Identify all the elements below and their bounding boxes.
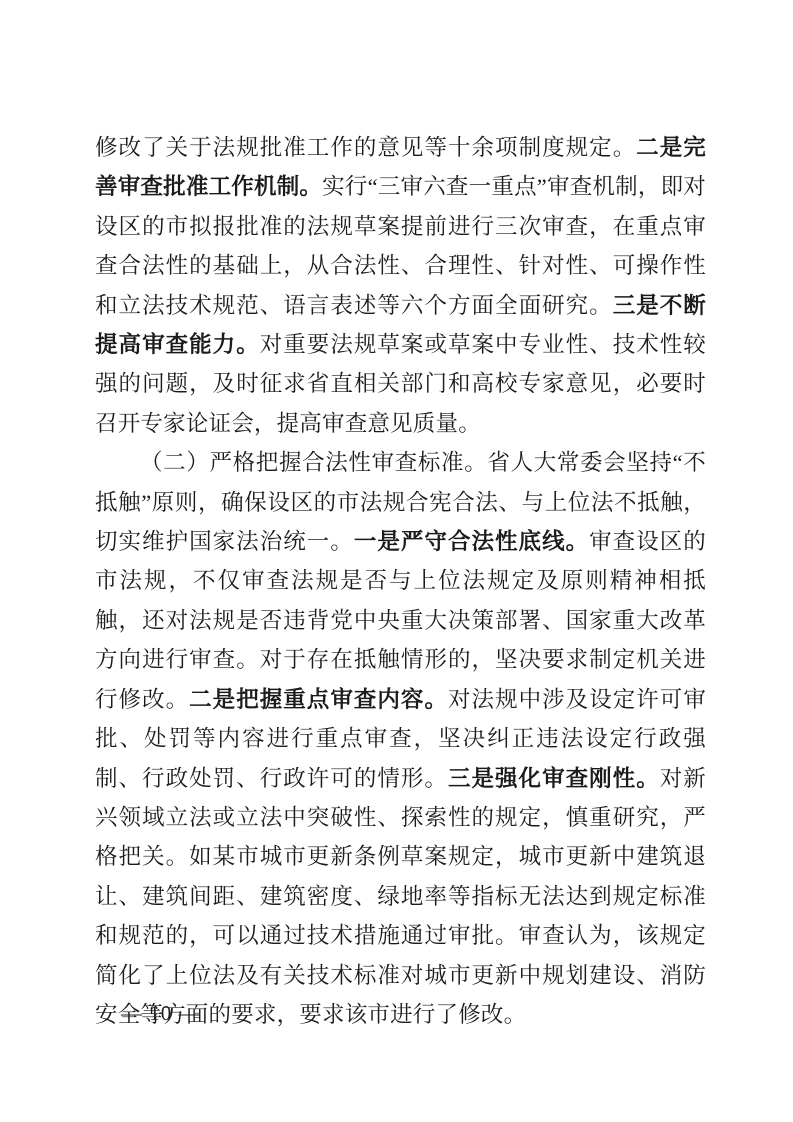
page-number: — 10 — [121,1001,201,1025]
text-segment: 审查设区的市法规，不仅审查法规是否与上位法规定及原则精神相抵触，还对法规是否违背… [95,529,706,712]
emphasis-segment: 三是强化审查刚性。 [448,766,660,791]
emphasis-segment: 二是把握重点审查内容。 [189,687,448,712]
document-body: 修改了关于法规批准工作的意见等十余项制度规定。二是完善审查批准工作机制。实行“三… [95,128,706,1034]
emphasis-segment: 一是严守合法性底线。 [354,529,589,554]
paragraph: （二）严格把握合法性审查标准。省人大常委会坚持“不抵触”原则，确保设区的市法规合… [95,443,706,1034]
paragraph: 修改了关于法规批准工作的意见等十余项制度规定。二是完善审查批准工作机制。实行“三… [95,128,706,443]
text-segment: 修改了关于法规批准工作的意见等十余项制度规定。 [95,135,636,160]
document-page: 修改了关于法规批准工作的意见等十余项制度规定。二是完善审查批准工作机制。实行“三… [0,0,793,1122]
text-segment: 对新兴领域立法或立法中突破性、探索性的规定，慎重研究，严格把关。如某市城市更新条… [95,766,706,1027]
